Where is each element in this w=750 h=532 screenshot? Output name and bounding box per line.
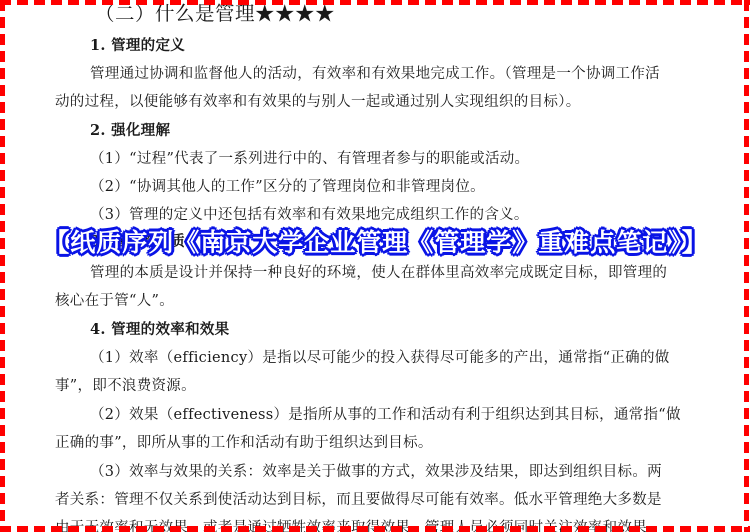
list-item: （2）效果（effectiveness）是指所从事的工作和活动有利于组织达到其目… <box>90 405 681 425</box>
promo-banner: 【纸质序列《南京大学企业管理《管理学》重难点笔记》】 <box>6 224 746 258</box>
list-item: （1）“过程”代表了一系列进行中的、有管理者参与的职能或活动。 <box>90 149 529 169</box>
heading-definition: 1. 管理的定义 <box>90 36 185 56</box>
heading-efficiency-effectiveness: 4. 管理的效率和效果 <box>90 320 230 340</box>
section-title: （二）什么是管理★★★★ <box>95 4 335 24</box>
document-page: （二）什么是管理★★★★ 1. 管理的定义 管理通过协调和监督他人的活动，有效率… <box>0 0 750 532</box>
paragraph-line: 动的过程，以便能够有效率和有效果的与别人一起或通过别人实现组织的目标）。 <box>55 92 581 112</box>
frame-border-left <box>0 0 5 532</box>
list-item: （2）“协调其他人的工作”区分的了管理岗位和非管理岗位。 <box>90 177 485 197</box>
frame-border-right <box>744 0 749 532</box>
paragraph-line: 核心在于管“人”。 <box>55 291 174 311</box>
list-item: （3）效率与效果的关系：效率是关于做事的方式，效果涉及结果，即达到组织目标。两 <box>90 462 662 482</box>
paragraph-line: 者关系：管理不仅关系到使活动达到目标，而且要做得尽可能有效率。低水平管理绝大多数… <box>55 490 662 510</box>
list-item: （1）效率（efficiency）是指以尽可能少的投入获得尽可能多的产出，通常指… <box>90 348 670 368</box>
frame-border-top <box>0 0 750 5</box>
frame-border-bottom <box>0 526 750 532</box>
paragraph-line: 管理的本质是设计并保持一种良好的环境，使人在群体里高效率完成既定目标，即管理的 <box>90 263 667 283</box>
paragraph-line: 管理通过协调和监督他人的活动，有效率和有效果地完成工作。（管理是一个协调工作活 <box>90 64 660 84</box>
heading-understanding: 2. 强化理解 <box>90 121 170 141</box>
paragraph-line: 正确的事”，即所从事的工作和活动有助于组织达到目标。 <box>55 433 433 453</box>
paragraph-line: 事”，即不浪费资源。 <box>55 376 196 396</box>
list-item: （3）管理的定义中还包括有效率和有效果地完成组织工作的含义。 <box>90 205 529 225</box>
